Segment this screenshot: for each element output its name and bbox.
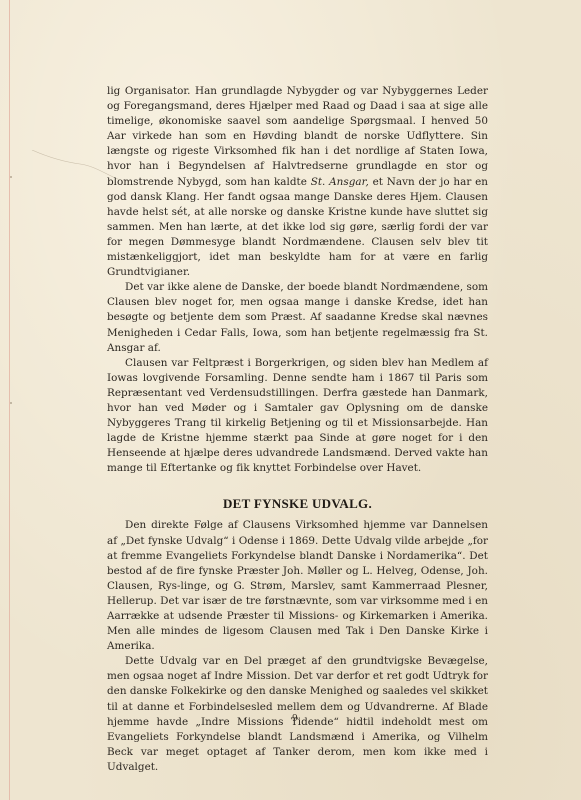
body-text: lig Organisator. Han grundlagde Nybygder… (107, 84, 488, 775)
section-heading: DET FYNSKE UDVALG. (107, 496, 488, 512)
place-name-italic: St. Ansgar, (311, 176, 369, 188)
paragraph-3: Clausen var Feltpræst i Borgerkrigen, og… (107, 356, 488, 477)
paper-crease (20, 150, 120, 190)
paper-speck (10, 402, 12, 404)
paragraph-1: lig Organisator. Han grundlagde Nybygder… (107, 84, 488, 280)
paragraph-text: lig Organisator. Han grundlagde Nybygder… (107, 85, 488, 188)
page-number: 9 (292, 714, 298, 724)
paragraph-4: Den direkte Følge af Clausens Virksomhed… (107, 518, 488, 654)
paragraph-text: et Navn der jo har en god dansk Klang. H… (107, 176, 488, 279)
page-edge-line (9, 0, 10, 800)
scanned-page: lig Organisator. Han grundlagde Nybygder… (0, 0, 581, 800)
paper-speck (10, 176, 12, 178)
paragraph-2: Det var ikke alene de Danske, der boede … (107, 280, 488, 355)
